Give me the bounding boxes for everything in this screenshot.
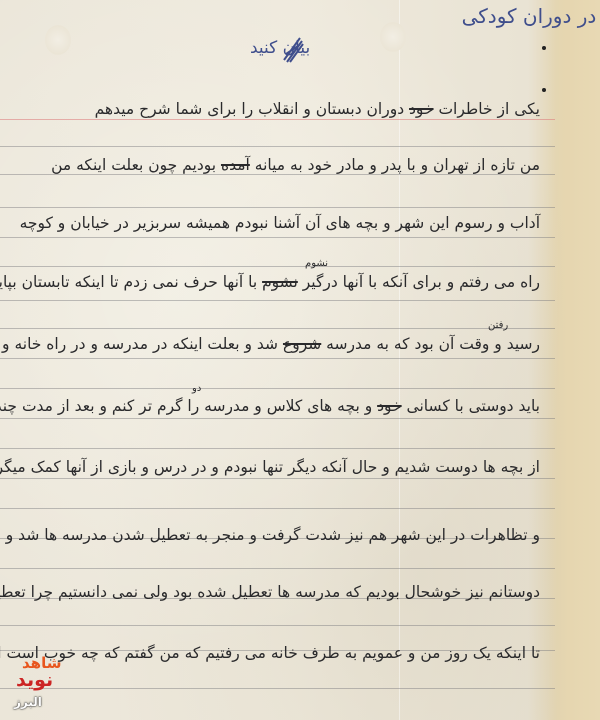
ruled-line bbox=[0, 300, 555, 301]
struck-text: خود bbox=[377, 397, 402, 415]
ruled-line bbox=[0, 688, 555, 689]
ruled-line bbox=[0, 625, 555, 626]
essay-line-5: رسید و وقت آن بود که به مدرسه شروع شد و … bbox=[0, 335, 540, 353]
struck-text: نشوم bbox=[262, 273, 298, 291]
text-segment: دوران دبستان و انقلاب را برای شما شرح می… bbox=[95, 100, 409, 118]
ruled-line bbox=[0, 448, 555, 449]
scribble-mark-icon bbox=[282, 34, 304, 64]
essay-line-2: من تازه از تهران و با پدر و مادر خود به … bbox=[51, 156, 540, 174]
ink-dot bbox=[542, 88, 546, 92]
ruled-line bbox=[0, 508, 555, 509]
ruled-line bbox=[0, 266, 555, 267]
essay-line-3: آداب و رسوم این شهر و بچه های آن آشنا نب… bbox=[20, 214, 540, 232]
text-segment: باید دوستی با کسانی bbox=[402, 397, 540, 415]
ruled-line bbox=[0, 146, 555, 147]
text-segment: بودیم چون بعلت اینکه من bbox=[51, 156, 221, 174]
essay-line-10: تا اینکه یک روز من و عمویم به طرف خانه م… bbox=[0, 644, 540, 662]
essay-prompt-line-1: یکی از خاطرات خود را در دوران کودکی bbox=[462, 4, 600, 28]
paper-right-edge bbox=[548, 0, 600, 720]
essay-line-9: دوستانم نیز خوشحال بودیم که مدرسه ها تعط… bbox=[0, 583, 540, 601]
text-segment: من تازه از تهران و با پدر و مادر خود به … bbox=[250, 156, 540, 174]
ruled-line bbox=[0, 328, 555, 329]
ruled-line bbox=[0, 119, 555, 120]
text-segment: آداب و رسوم این شهر و بچه های آن آشنا نب… bbox=[20, 214, 540, 232]
ruled-line bbox=[0, 388, 555, 389]
text-segment: از بچه ها دوست شدیم و حال آنکه دیگر تنها… bbox=[0, 458, 540, 476]
text-segment: یکی از خاطرات bbox=[434, 100, 540, 118]
text-segment: و بچه های کلاس و مدرسه را گرم تر کنم و ب… bbox=[0, 397, 377, 415]
logo-text-middle: نوید bbox=[16, 670, 53, 690]
logo-text-sub: البرز bbox=[14, 695, 42, 709]
text-segment: و تظاهرات در این شهر هم نیز شدت گرفت و م… bbox=[0, 526, 540, 544]
essay-line-6: باید دوستی با کسانی خود و بچه های کلاس و… bbox=[0, 397, 540, 415]
ruled-line bbox=[0, 174, 555, 175]
inserted-annotation: دو bbox=[192, 383, 201, 394]
essay-line-7: از بچه ها دوست شدیم و حال آنکه دیگر تنها… bbox=[0, 458, 540, 476]
text-segment: رسید و وقت آن بود که به مدرسه bbox=[321, 335, 540, 353]
ink-dot bbox=[542, 46, 546, 50]
ruled-line bbox=[0, 237, 555, 238]
punch-hole bbox=[380, 22, 406, 52]
text-segment: دوستانم نیز خوشحال بودیم که مدرسه ها تعط… bbox=[0, 583, 540, 601]
text-segment: با آنها حرف نمی زدم تا اینکه تابستان بپا… bbox=[0, 273, 262, 291]
essay-line-8: و تظاهرات در این شهر هم نیز شدت گرفت و م… bbox=[0, 526, 540, 544]
ruled-line bbox=[0, 568, 555, 569]
text-segment: تا اینکه یک روز من و عمویم به طرف خانه م… bbox=[0, 644, 540, 662]
ruled-line bbox=[0, 478, 555, 479]
struck-text: شروع bbox=[283, 335, 321, 353]
navid-shahed-logo: شاهد نوید البرز bbox=[12, 655, 76, 717]
ruled-line bbox=[0, 207, 555, 208]
ruled-line bbox=[0, 418, 555, 419]
text-segment: راه می رفتم و برای آنکه با آنها درگیر bbox=[298, 273, 540, 291]
essay-line-1: یکی از خاطرات خود دوران دبستان و انقلاب … bbox=[95, 100, 540, 118]
inserted-annotation: نشوم bbox=[305, 258, 328, 269]
scanned-document-page: یکی از خاطرات خود را در دوران کودکی بیان… bbox=[0, 0, 600, 720]
struck-text: آمده bbox=[221, 156, 250, 174]
ruled-line bbox=[0, 358, 555, 359]
struck-text: خود bbox=[409, 100, 434, 118]
punch-hole bbox=[45, 25, 71, 55]
essay-line-4: راه می رفتم و برای آنکه با آنها درگیر نش… bbox=[0, 273, 540, 291]
text-segment: شد و بعلت اینکه در مدرسه و در راه خانه و… bbox=[0, 335, 283, 353]
inserted-annotation: رفتن bbox=[488, 320, 508, 331]
